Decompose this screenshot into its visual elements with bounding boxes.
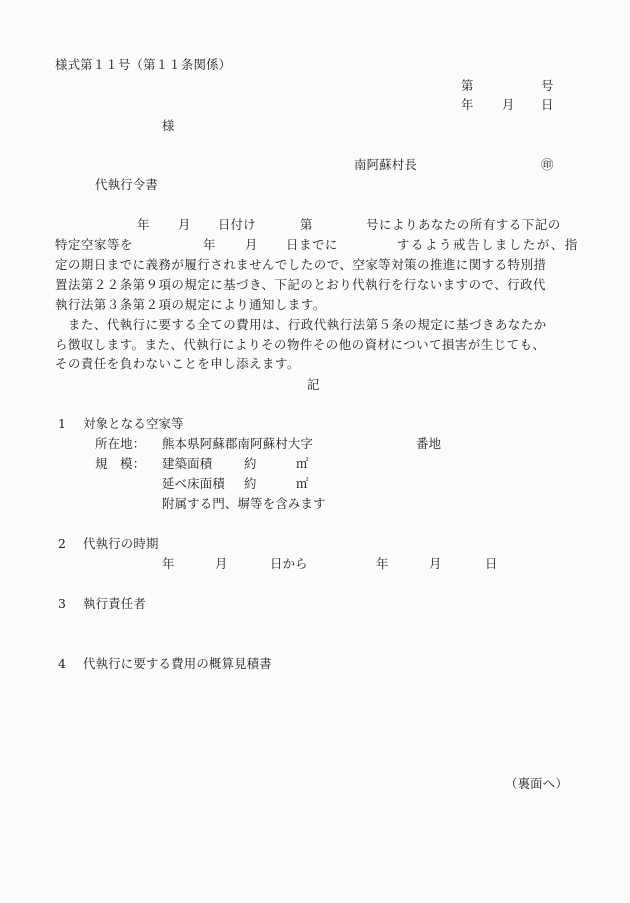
body-line8: その責任を負わないことを申し添えます。 — [55, 358, 575, 370]
body-line7: ら徴収します。また、代執行によりその物件その他の資材について損害が生じても、 — [55, 339, 575, 351]
form-number: 様式第１１号（第１１条関係） — [55, 59, 231, 71]
location-value: 熊本県阿蘇郡南阿蘇村大字 — [162, 438, 313, 450]
building-area-unit: ㎡ — [296, 458, 309, 470]
item1-label: 対象となる空家等 — [83, 418, 184, 430]
date-month: 月 — [502, 99, 515, 111]
body-line2-text: するよう戒告しましたが、指 — [397, 239, 579, 251]
item1-note: 附属する門、塀等を含みます — [162, 498, 326, 510]
body-line4: 置法第２２条第９項の規定に基づき、下記のとおり代執行を行ないますので、行政代 — [55, 279, 575, 291]
body-line2-month: 月 — [245, 239, 258, 251]
item2-number: 2 — [58, 538, 66, 550]
floor-area-label: 延べ床面積 — [162, 478, 225, 490]
addressee-suffix: 様 — [162, 120, 175, 132]
item1-number: 1 — [58, 418, 66, 430]
body-line5: 執行法第３条第２項の規定により通知します。 — [55, 299, 575, 311]
item4-label: 代執行に要する費用の概算見積書 — [83, 658, 272, 670]
issuer-name: 南阿蘇村長 — [354, 159, 417, 171]
period-to-day: 日 — [485, 558, 498, 570]
seal-mark: ㊞ — [541, 159, 554, 171]
period-to-year: 年 — [376, 558, 389, 570]
item3-number: 3 — [58, 598, 66, 610]
item3-label: 執行責任者 — [83, 598, 146, 610]
doc-number-suffix: 号 — [541, 80, 554, 92]
body-line1-no-prefix: 第 — [300, 219, 313, 231]
body-line2-year: 年 — [203, 239, 216, 251]
period-from-year: 年 — [162, 558, 175, 570]
floor-area-approx: 約 — [244, 478, 257, 490]
period-from-month: 月 — [215, 558, 228, 570]
floor-area-unit: ㎡ — [296, 478, 309, 490]
ki-heading: 記 — [307, 379, 320, 391]
body-line2-start: 特定空家等を — [55, 239, 133, 251]
scale-label: 規 模： — [95, 458, 145, 470]
document-title: 代執行令書 — [95, 179, 158, 191]
body-line1-year: 年 — [137, 219, 150, 231]
location-suffix: 番地 — [416, 438, 441, 450]
continued-note: （裏面へ） — [505, 778, 568, 790]
period-to-month: 月 — [429, 558, 442, 570]
building-area-approx: 約 — [244, 458, 257, 470]
date-year: 年 — [461, 99, 474, 111]
body-line1-month: 月 — [178, 219, 191, 231]
body-line6: また、代執行に要する全ての費用は、行政代執行法第５条の規定に基づきあなたか — [55, 319, 575, 331]
building-area-label: 建築面積 — [162, 458, 212, 470]
body-line1-text: 号によりあなたの所有する下記の — [366, 219, 561, 231]
date-day: 日 — [541, 99, 554, 111]
location-label: 所在地： — [95, 438, 145, 450]
document-page: 様式第１１号（第１１条関係） 第 号 年 月 日 様 南阿蘇村長 ㊞ 代執行令書… — [0, 0, 630, 903]
body-line3: 定の期日までに義務が履行されませんでしたので、空家等対策の推進に関する特別措 — [55, 259, 575, 271]
body-line2-day: 日までに — [286, 239, 338, 251]
period-from-day: 日から — [270, 558, 308, 570]
item2-label: 代執行の時期 — [83, 538, 159, 550]
body-line1-day: 日付け — [218, 219, 256, 231]
doc-number-prefix: 第 — [461, 80, 474, 92]
item4-number: 4 — [58, 658, 66, 670]
